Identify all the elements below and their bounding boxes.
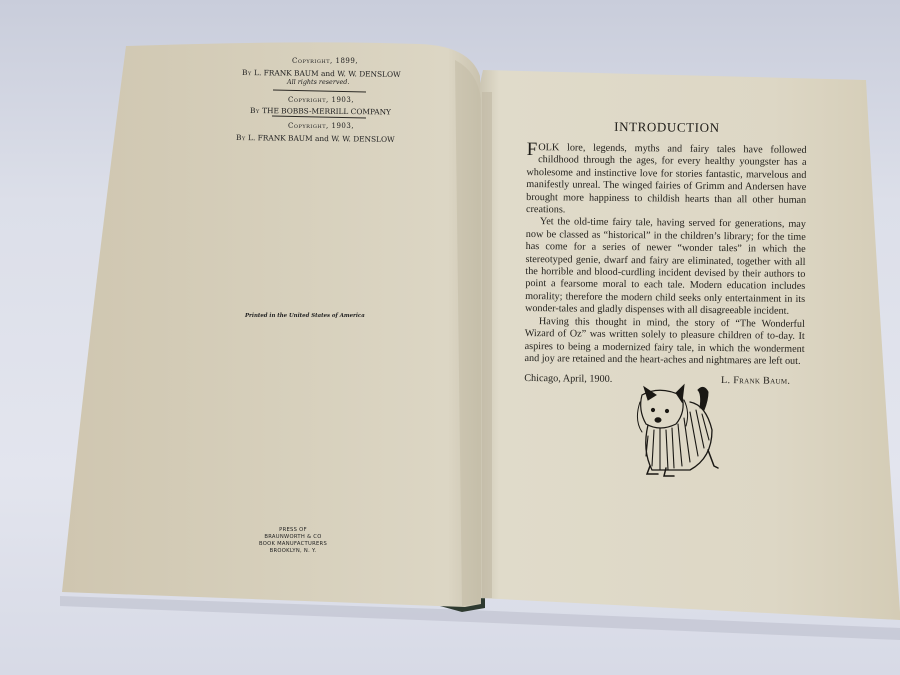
press-imprint: PRESS OF BRAUNWORTH & CO BOOK MANUFACTUR… bbox=[238, 527, 348, 555]
printed-in-usa: Printed in the United States of America bbox=[245, 313, 365, 319]
copyright-byline-2: By THE BOBBS-MERRILL COMPANY bbox=[250, 106, 391, 116]
copyright-byline-3: By L. FRANK BAUM and W. W. DENSLOW bbox=[236, 133, 395, 144]
press-line: BROOKLYN, N. Y. bbox=[238, 548, 348, 555]
copyright-heading-1: Copyright, 1899, bbox=[292, 57, 358, 65]
rights-note: All rights reserved. bbox=[287, 78, 349, 86]
introduction-title: INTRODUCTION bbox=[527, 118, 807, 137]
place-date: Chicago, April, 1900. bbox=[524, 373, 612, 385]
press-line: PRESS OF bbox=[238, 527, 348, 534]
intro-paragraph-1: FOLK lore, legends, myths and fairy tale… bbox=[526, 142, 807, 219]
author-signature: L. Frank Baum. bbox=[721, 375, 790, 387]
gutter-shadow-right bbox=[482, 92, 492, 598]
drop-cap: F bbox=[527, 143, 538, 157]
introduction-section: INTRODUCTION FOLK lore, legends, myths a… bbox=[524, 118, 807, 387]
intro-paragraph-3: Having this thought in mind, the story o… bbox=[524, 316, 805, 369]
copyright-heading-2: Copyright, 1903, bbox=[288, 96, 354, 104]
copyright-heading-3: Copyright, 1903, bbox=[288, 122, 354, 130]
left-page bbox=[62, 42, 481, 607]
open-book-scene: Copyright, 1899, By L. FRANK BAUM and W.… bbox=[0, 0, 900, 675]
intro-paragraph-2: Yet the old-time fairy tale, having serv… bbox=[525, 216, 806, 318]
press-line: BRAUNWORTH & CO bbox=[238, 534, 348, 541]
press-line: BOOK MANUFACTURERS bbox=[238, 541, 348, 548]
